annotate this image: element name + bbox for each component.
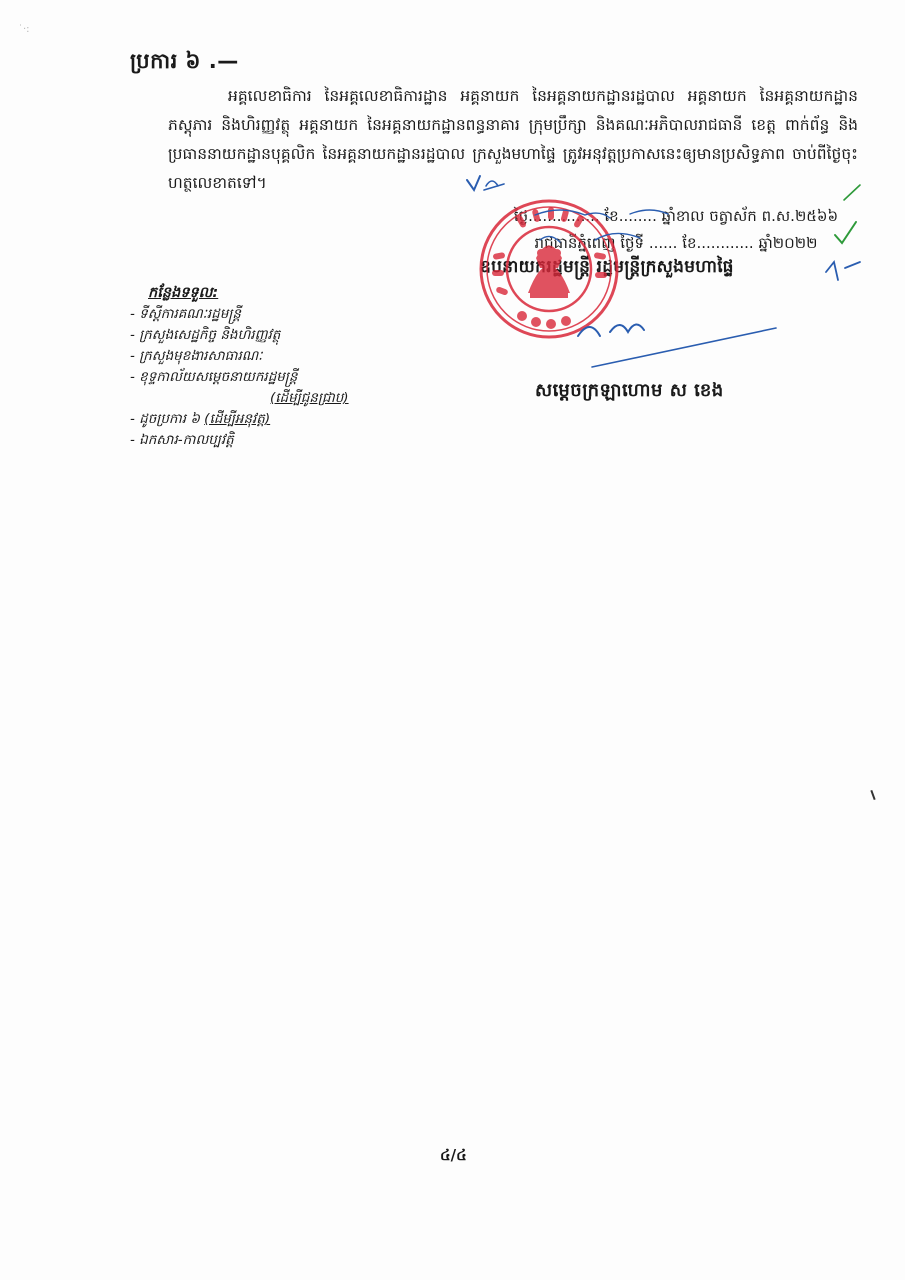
solar-date: រាជធានីភ្នំពេញ ថ្ងៃទី ...... ខែ.........… <box>486 230 866 257</box>
recipient-item: - ទីស្តីការគណៈរដ្ឋមន្ត្រី <box>130 304 349 325</box>
scan-artifact <box>870 790 875 800</box>
recipient-item: - ដូចប្រការ ៦ (ដើម្បីអនុវត្ត) <box>130 409 349 430</box>
recipient-item: - ឯកសារ-កាលប្បវត្តិ <box>130 430 349 451</box>
body-paragraph: អគ្គលេខាធិការ នៃអគ្គលេខាធិការដ្ឋាន អគ្គន… <box>168 82 858 198</box>
recipient-note: (ដើម្បីជូនជ្រាប) <box>270 388 349 409</box>
recipients-heading: កន្លែងទទួល: <box>148 283 349 304</box>
page-number: ៤/៤ <box>440 1146 467 1168</box>
date-block: ថ្ងៃ............... ខែ........ ឆ្នាំខាល … <box>486 203 866 257</box>
lunar-date: ថ្ងៃ............... ខែ........ ឆ្នាំខាល … <box>486 203 866 230</box>
recipient-item: - ខុទ្ទកាល័យសម្តេចនាយករដ្ឋមន្ត្រី(ដើម្បី… <box>130 367 349 409</box>
recipients-list: កន្លែងទទួល: - ទីស្តីការគណៈរដ្ឋមន្ត្រី - … <box>130 283 349 451</box>
recipient-item: - ក្រសួងសេដ្ឋកិច្ច និងហិរញ្ញវត្ថុ <box>130 325 349 346</box>
article-heading: ប្រការ ៦ .— <box>130 48 239 79</box>
recipient-note: (ដើម្បីអនុវត្ត) <box>204 411 270 427</box>
scan-artifact: ˙·: <box>18 24 30 35</box>
document-page: ˙·: ប្រការ ៦ .— អគ្គលេខាធិការ នៃអគ្គលេខា… <box>0 0 905 1280</box>
recipient-item: - ក្រសួងមុខងារសាធារណៈ <box>130 346 349 367</box>
body-text: អគ្គលេខាធិការ នៃអគ្គលេខាធិការដ្ឋាន អគ្គន… <box>168 87 858 192</box>
signer-name: សម្តេចក្រឡាហោម ស ខេង <box>535 378 724 405</box>
signer-title: ឧបនាយករដ្ឋមន្ត្រី រដ្ឋមន្ត្រីក្រសួងមហាផ្… <box>480 256 734 281</box>
